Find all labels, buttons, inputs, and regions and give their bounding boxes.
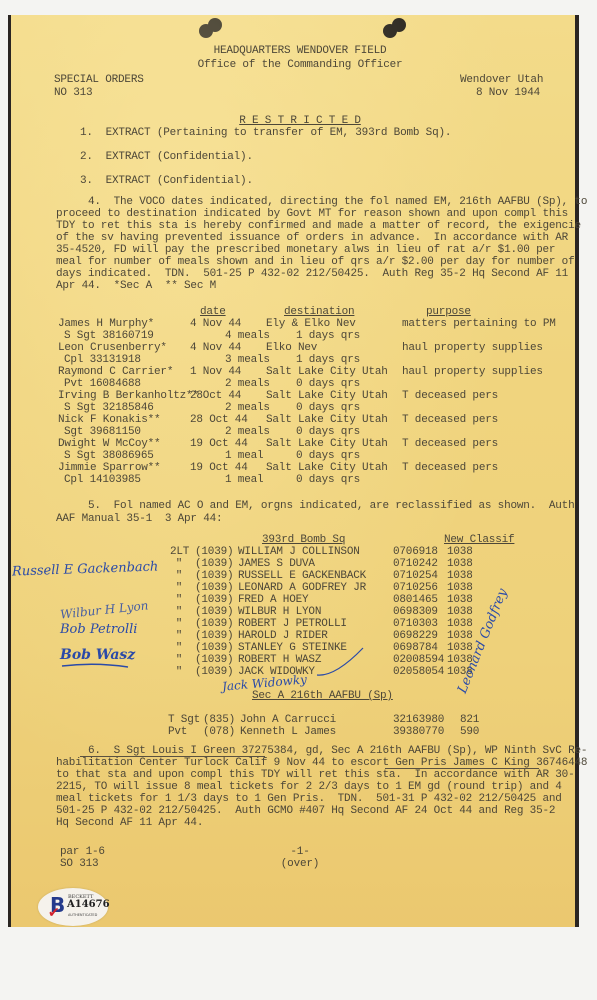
officer-name: HAROLD J RIDER — [238, 630, 328, 642]
col-header-new-classif: New Classif — [444, 534, 514, 546]
extract-text: EXTRACT (Pertaining to transfer of EM, 3… — [106, 127, 452, 139]
purpose: T deceased pers — [402, 462, 498, 474]
extract-item: 2. EXTRACT (Confidential). — [80, 151, 253, 163]
meals: 2 meals — [225, 402, 270, 414]
meals: 2 meals — [225, 378, 270, 390]
new-classif: 1038 — [447, 558, 473, 570]
purpose: T deceased pers — [402, 438, 498, 450]
spec-code: (1039) — [195, 666, 233, 678]
paragraph-line: 4. The VOCO dates indicated, directing t… — [56, 196, 587, 208]
serial-number: 0706918 — [393, 546, 438, 558]
rank: T Sgt — [168, 714, 200, 726]
paragraph-line: meal for number of meals shown and in li… — [56, 256, 575, 268]
quarters-days: 0 days qrs — [296, 450, 360, 462]
quarters-days: 0 days qrs — [296, 426, 360, 438]
rank-serial: S Sgt 38160719 — [64, 330, 154, 342]
person-name: James H Murphy* — [58, 318, 154, 330]
quarters-days: 1 days qrs — [296, 354, 360, 366]
person-name: Irving B Berkanholtz** — [58, 390, 199, 402]
spec-code: (1039) — [195, 546, 233, 558]
officer-name: JAMES S DUVA — [238, 558, 315, 570]
person-name: Raymond C Carrier* — [58, 366, 173, 378]
spec-code: (1039) — [195, 558, 233, 570]
rank: " — [170, 594, 188, 606]
place: Wendover Utah — [460, 74, 540, 86]
new-classif: 1038 — [447, 546, 473, 558]
orders-number: NO 313 — [54, 87, 92, 99]
travel-date: 19 Oct 44 — [190, 462, 248, 474]
serial-number: 0801465 — [393, 594, 438, 606]
serial-number: 0710254 — [393, 570, 438, 582]
serial-number: 0698309 — [393, 606, 438, 618]
rank: " — [170, 606, 188, 618]
paragraph-line: Hq Second AF 11 Apr 44. — [56, 817, 203, 829]
travel-date: 28Oct 44 — [190, 390, 241, 402]
spec-code: (1039) — [195, 570, 233, 582]
serial-number: 0698784 — [393, 642, 438, 654]
new-classif: 1038 — [447, 570, 473, 582]
rank: " — [170, 582, 188, 594]
rank-serial: Pvt 16084688 — [64, 378, 141, 390]
paragraph-line: days indicated. TDN. 501-25 P 432-02 212… — [56, 268, 568, 280]
footer-so: SO 313 — [60, 858, 98, 870]
rank-serial: Sgt 39681150 — [64, 426, 141, 438]
badge-label: AUTHENTICATED — [68, 913, 97, 917]
col-header-purpose: purpose — [426, 306, 471, 318]
spec-code: (1039) — [195, 630, 233, 642]
spec-code: (1039) — [195, 594, 233, 606]
officer-name: FRED A HOEY — [238, 594, 308, 606]
new-classif: 1038 — [447, 582, 473, 594]
rank: " — [170, 618, 188, 630]
extract-number: 1. — [80, 127, 93, 139]
spec-code: (835) — [203, 714, 235, 726]
purpose: matters pertaining to PM — [402, 318, 556, 330]
paragraph-line: 501-25 P 432-02 212/50425. Auth GCMO #40… — [56, 805, 555, 817]
unit-heading: Sec A 216th AAFBU (Sp) — [252, 690, 393, 702]
destination: Salt Lake City Utah — [266, 438, 388, 450]
purpose: haul property supplies — [402, 342, 543, 354]
destination: Salt Lake City Utah — [266, 462, 388, 474]
check-mark-icon — [315, 645, 365, 680]
quarters-days: 0 days qrs — [296, 402, 360, 414]
travel-date: 4 Nov 44 — [190, 342, 241, 354]
new-classif: 1038 — [447, 618, 473, 630]
new-classif: 1038 — [447, 630, 473, 642]
spec-code: (1039) — [195, 606, 233, 618]
order-date: 8 Nov 1944 — [460, 87, 540, 99]
enlisted-name: Kenneth L James — [240, 726, 336, 738]
meals: 1 meal — [225, 474, 263, 486]
travel-date: 28 Oct 44 — [190, 414, 248, 426]
orders-label: SPECIAL ORDERS — [54, 74, 144, 86]
person-name: Jimmie Sparrow** — [58, 462, 160, 474]
extract-text: EXTRACT (Confidential). — [106, 175, 253, 187]
punch-hole-icon — [383, 18, 409, 38]
badge-id: A14676 — [67, 899, 110, 910]
underline-flourish-icon — [60, 660, 130, 670]
serial-number: 02008594 — [393, 654, 444, 666]
rank: 2LT — [170, 546, 188, 558]
hq-title: HEADQUARTERS WENDOVER FIELD — [150, 45, 450, 57]
serial-number: 32163980 — [393, 714, 444, 726]
purpose: T deceased pers — [402, 390, 498, 402]
rank-serial: S Sgt 38086965 — [64, 450, 154, 462]
footer-par: par 1-6 — [60, 846, 105, 858]
rank: " — [170, 654, 188, 666]
paragraph-line: 5. Fol named AC O and EM, orgns indicate… — [56, 500, 575, 512]
purpose: T deceased pers — [402, 414, 498, 426]
officer-name: WILBUR H LYON — [238, 606, 321, 618]
extract-number: 3. — [80, 175, 93, 187]
extract-item: 3. EXTRACT (Confidential). — [80, 175, 253, 187]
person-name: Dwight W McCoy** — [58, 438, 160, 450]
serial-number: 0710256 — [393, 582, 438, 594]
new-classif: 1038 — [447, 606, 473, 618]
rank: " — [170, 642, 188, 654]
serial-number: 0698229 — [393, 630, 438, 642]
extract-item: 1. EXTRACT (Pertaining to transfer of EM… — [80, 127, 451, 139]
meals: 2 meals — [225, 426, 270, 438]
destination: Salt Lake City Utah — [266, 414, 388, 426]
officer-name: ROBERT J PETROLLI — [238, 618, 347, 630]
page-number: -1- — [270, 846, 330, 858]
paragraph-line: TDY to ret this sta is hereby confirmed … — [56, 220, 581, 232]
serial-number: 02058054 — [393, 666, 444, 678]
signature-petrolli: Bob Petrolli — [60, 622, 137, 637]
person-name: Nick F Konakis** — [58, 414, 160, 426]
officer-name: ROBERT H WASZ — [238, 654, 321, 666]
office-title: Office of the Commanding Officer — [150, 59, 450, 71]
rank: Pvt — [168, 726, 187, 738]
destination: Salt Lake City Utah — [266, 366, 388, 378]
classification: R E S T R I C T E D — [200, 115, 400, 127]
punch-hole-icon — [199, 18, 225, 38]
rank: " — [170, 666, 188, 678]
purpose: haul property supplies — [402, 366, 543, 378]
destination: Salt Lake City Utah — [266, 390, 388, 402]
new-classif: 1038 — [447, 642, 473, 654]
quarters-days: 0 days qrs — [296, 474, 360, 486]
rank-serial: S Sgt 32185846 — [64, 402, 154, 414]
travel-date: 1 Nov 44 — [190, 366, 241, 378]
extract-number: 2. — [80, 151, 93, 163]
paragraph-line: Apr 44. *Sec A ** Sec M — [56, 280, 216, 292]
officer-name: WILLIAM J COLLINSON — [238, 546, 360, 558]
paragraph-line: 2215, TO will issue 8 meal tickets for 2… — [56, 781, 562, 793]
serial-number: 0710303 — [393, 618, 438, 630]
paragraph-line: AAF Manual 35-1 3 Apr 44: — [56, 513, 222, 525]
spec-code: (1039) — [195, 582, 233, 594]
serial-number: 39380770 — [393, 726, 444, 738]
spec-code: (1039) — [195, 618, 233, 630]
meals: 4 meals — [225, 330, 270, 342]
paragraph-line: proceed to destination indicated by Govt… — [56, 208, 568, 220]
rank-serial: Cpl 14103985 — [64, 474, 141, 486]
over-label: (over) — [270, 858, 330, 870]
underline-mark — [385, 768, 539, 769]
travel-date: 4 Nov 44 — [190, 318, 241, 330]
new-classif: 821 — [460, 714, 479, 726]
col-header-destination: destination — [284, 306, 354, 318]
travel-date: 19 Oct 44 — [190, 438, 248, 450]
quarters-days: 1 days qrs — [296, 330, 360, 342]
col-header-date: date — [200, 306, 226, 318]
paragraph-line: meal tickets for 1 1/3 days to 1 Gen Pri… — [56, 793, 562, 805]
spec-code: (078) — [203, 726, 235, 738]
serial-number: 0710242 — [393, 558, 438, 570]
extract-text: EXTRACT (Confidential). — [106, 151, 253, 163]
spec-code: (1039) — [195, 642, 233, 654]
quarters-days: 0 days qrs — [296, 378, 360, 390]
rank: " — [170, 570, 188, 582]
meals: 1 meal — [225, 450, 263, 462]
spec-code: (1039) — [195, 654, 233, 666]
underline-mark — [80, 756, 265, 757]
paragraph-line: to that sta and upon compl this TDY will… — [56, 769, 575, 781]
rank: " — [170, 630, 188, 642]
destination: Ely & Elko Nev — [266, 318, 356, 330]
rank: " — [170, 558, 188, 570]
officer-name: RUSSELL E GACKENBACK — [238, 570, 366, 582]
new-classif: 1038 — [447, 594, 473, 606]
authentication-badge: B ✔ BECKETT A14676 AUTHENTICATED — [38, 888, 108, 926]
officer-name: LEONARD A GODFREY JR — [238, 582, 366, 594]
rank-serial: Cpl 33131918 — [64, 354, 141, 366]
enlisted-name: John A Carrucci — [240, 714, 336, 726]
new-classif: 590 — [460, 726, 479, 738]
meals: 3 meals — [225, 354, 270, 366]
paragraph-line: 35-4520, FD will pay the prescribed mone… — [56, 244, 555, 256]
paragraph-line: of the sv having prevented issuance of o… — [56, 232, 568, 244]
unit-heading: 393rd Bomb Sq — [262, 534, 345, 546]
person-name: Leon Crusenberry* — [58, 342, 167, 354]
destination: Elko Nev — [266, 342, 317, 354]
checkmark-icon: ✔ — [48, 905, 60, 921]
